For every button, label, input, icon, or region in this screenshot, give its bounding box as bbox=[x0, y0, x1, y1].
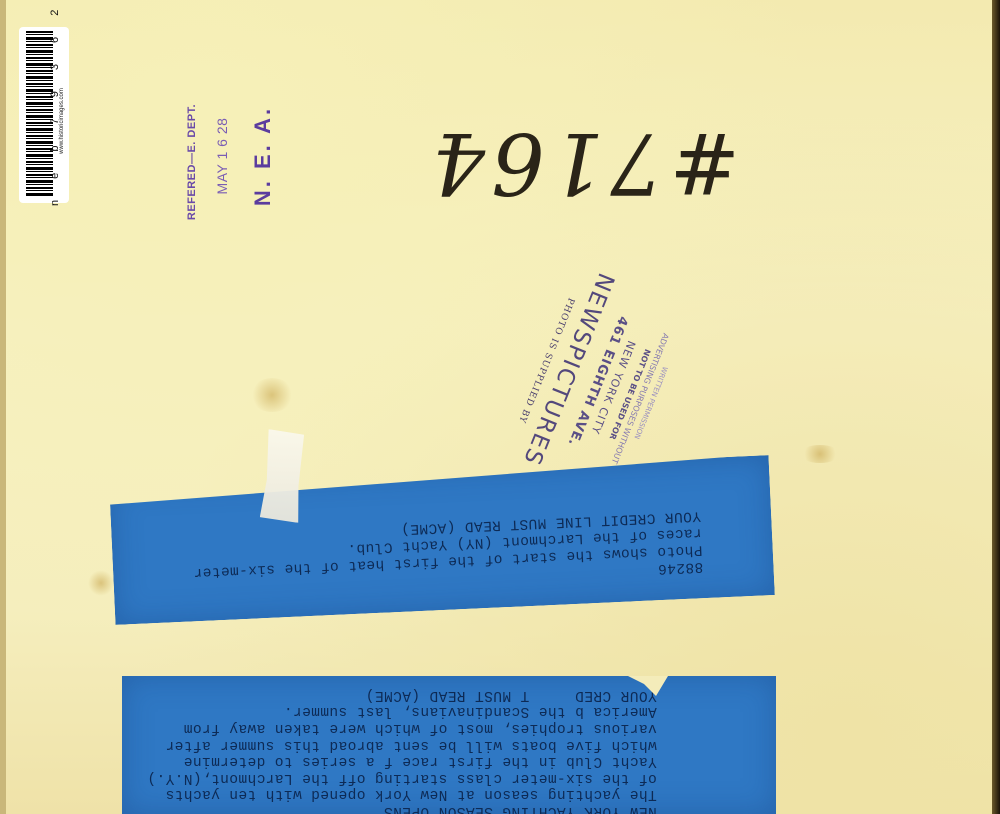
agency-stamp: N. E. A. bbox=[250, 101, 276, 211]
barcode-url: www.historicimages.com bbox=[59, 51, 67, 191]
handwritten-number: #7164 bbox=[470, 108, 740, 218]
stain-spot bbox=[800, 445, 840, 463]
department-stamp: REFERED—E. DEPT. bbox=[186, 82, 198, 242]
barcode-label: n e b 7 9 3 6 2 www.historicimages.com bbox=[19, 27, 69, 203]
paper-edge-shadow bbox=[992, 0, 1000, 814]
date-stamp: MAY 1 6 28 bbox=[214, 101, 230, 211]
stain-spot bbox=[88, 570, 114, 596]
caption-slip-long: NEW YORK YACHTING SEASON OPENS The yacht… bbox=[122, 676, 776, 814]
stain-spot bbox=[250, 378, 294, 412]
caption-slip-short-text: 88246 Photo shows the start of the first… bbox=[191, 506, 703, 597]
caption-slip-long-text: NEW YORK YACHTING SEASON OPENS The yacht… bbox=[147, 686, 657, 814]
